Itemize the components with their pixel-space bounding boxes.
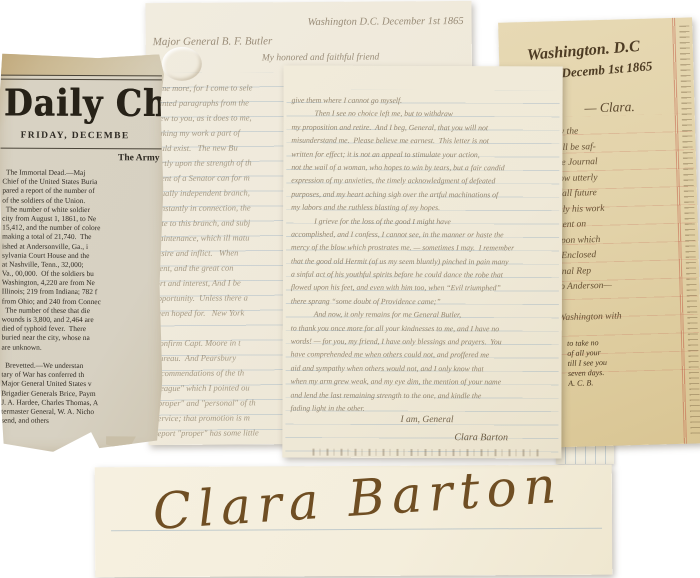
handwriting-line: aid and sympathy when others would not, … <box>291 361 557 375</box>
newsprint-line: pared a report of the number of <box>2 186 162 196</box>
note-fragments: ow thewill be saf-the Journalhow utterly… <box>553 124 622 327</box>
newsprint-line: Illinois; 219 from Indiana; 782 f <box>2 287 162 297</box>
handwriting-line: mercy of the blow which prostrates me. —… <box>291 241 557 255</box>
handwriting-line: have comprehended me when others could n… <box>291 348 557 362</box>
handwriting-fragment: ow the <box>553 124 617 141</box>
handwriting-fragment: upon which <box>556 232 620 249</box>
signature-panel: Clara Barton <box>95 465 613 578</box>
newspaper-column: The Immortal Dead.—MajChief of the Unite… <box>1 168 162 426</box>
newsprint-line: buried near the city, whose na <box>2 333 162 343</box>
masthead-rule <box>1 75 162 81</box>
handwriting-line: to thank you once more for all your kind… <box>291 321 557 335</box>
letter-recipient: Major General B. F. Butler <box>153 35 273 48</box>
handwriting-line: flowed upon his feet, and even with him … <box>291 281 557 295</box>
handwriting-fragment: Enclosed <box>556 247 620 264</box>
newsprint-line: are unknown. <box>1 342 161 352</box>
letter-signature: Clara Barton <box>454 432 508 443</box>
newsprint-line: ished at Andersonville, Ga., i <box>2 241 162 251</box>
newspaper-masthead: Daily Chr <box>4 81 187 126</box>
handwriting-fragment: the Journal <box>554 155 618 172</box>
handwriting-line: And now, it only remains for me General … <box>291 308 557 322</box>
letter-body: give them where I cannot go myself. Then… <box>290 94 557 416</box>
newsprint-line: of the soldiers of the Union. <box>2 195 162 205</box>
letter-closing: I am, General <box>400 415 453 425</box>
handwriting-line: give them where I cannot go myself. <box>292 94 558 108</box>
letter-dateline: Washington D.C. December 1st 1865 <box>308 16 464 28</box>
torn-scrap <box>0 54 164 77</box>
handwriting-fragment: A. C. B. <box>568 378 608 389</box>
handwriting-line: my proposition and retire. And I beg, Ge… <box>291 120 557 134</box>
section-heading: The Army <box>118 153 159 163</box>
handwriting-fragment: thly his work <box>555 201 619 218</box>
newsprint-line: Major General United States v <box>1 379 161 389</box>
section-rule <box>1 148 162 150</box>
newspaper-clipping: Daily Chr FRIDAY, DECEMBE The Army The I… <box>0 54 164 453</box>
handwriting-fragment: to Anderson— <box>557 278 621 295</box>
handwriting-line: purposes, and my heart aching sigh over … <box>291 187 557 201</box>
handwriting-fragment: seven days. <box>568 368 608 379</box>
handwriting-line: when my arm grew weak, and my eye dim, t… <box>291 375 557 389</box>
handwriting-line: Then I see no choice left me, but to wit… <box>291 107 557 121</box>
newsprint-line: Brigadier Generals Brice, Paym <box>1 388 161 398</box>
note-salutation: — Clara. <box>584 99 635 116</box>
handwriting-line: and lend the last remaining strength to … <box>291 388 557 402</box>
letter-salutation: My honored and faithful friend <box>262 53 379 64</box>
newsprint-line: send, and others <box>1 416 161 426</box>
handwriting-line: I grieve for the loss of the good I migh… <box>291 214 557 228</box>
handwriting-line: not the wail of a woman, who hopes to wi… <box>291 160 557 174</box>
newspaper-dateline: FRIDAY, DECEMBE <box>21 131 130 142</box>
note-dateline-date: Decemb 1st 1865 <box>561 58 653 81</box>
handwriting-line: fading light in the other. <box>290 402 556 416</box>
handwriting-line: words! — for you, my friend, I have only… <box>291 335 557 349</box>
handwriting-fragment: will be saf- <box>553 139 617 156</box>
handwriting-fragment: onal Rep <box>557 263 621 280</box>
cut-off-script-line <box>312 449 541 457</box>
handwriting-line: there sprang “some doubt of Providence c… <box>291 294 557 308</box>
handwriting-line: misunderstand me. Please believe me earn… <box>291 134 557 148</box>
handwriting-line: my labors and the ruthless blasting of m… <box>291 201 557 215</box>
folded-corner <box>106 436 136 451</box>
handwriting-fragment: o all future <box>555 186 619 203</box>
handwriting-line: that the good old Hermit (of us my seem … <box>291 254 557 268</box>
handwriting-fragment: how utterly <box>554 170 618 187</box>
handwriting-line: written for effect; it is not an appeal … <box>291 147 557 161</box>
handwriting-fragment <box>558 294 622 311</box>
handwriting-fragment: Washington with <box>558 309 622 326</box>
newsprint-line: making a total of 21,740. The <box>2 232 162 242</box>
note-bottom-fragments: to take noof all yourtill I see youseven… <box>567 338 608 389</box>
handwriting-line: accomplished, and I confess, I cannot se… <box>291 227 557 241</box>
embossed-seal <box>162 47 202 81</box>
handwriting-fragment: ment on <box>556 216 620 233</box>
handwriting-line: a sinful act of his youthful spirits bef… <box>291 268 557 282</box>
letter-page-two: give them where I cannot go myself. Then… <box>282 66 562 459</box>
handwriting-line: expression of my anxieties, the timely a… <box>291 174 557 188</box>
